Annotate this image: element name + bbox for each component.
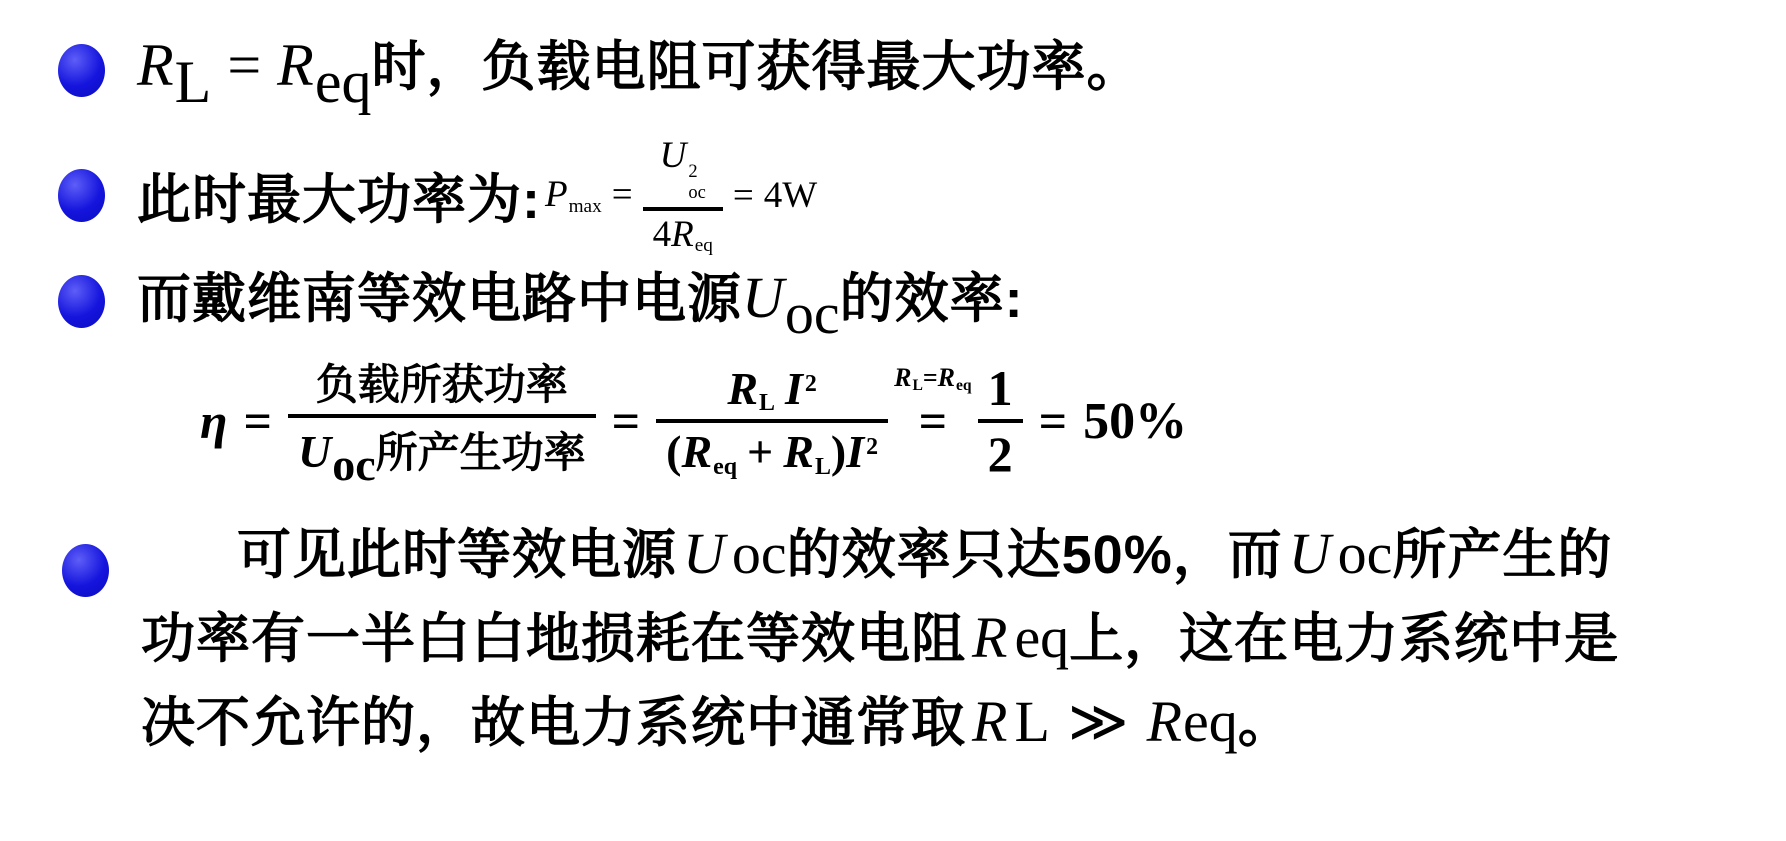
var-RL: R <box>894 363 911 392</box>
line1-text-2: 的效率只达50%，而 <box>787 512 1283 589</box>
var-eta: η <box>200 393 227 449</box>
sub-oc: oc <box>688 183 705 204</box>
pmax-term: Pmax= <box>545 173 643 217</box>
var-RL: R <box>972 688 1007 755</box>
bullet-icon <box>58 44 105 97</box>
power-ratio-fraction: 负载所获功率 Uoc所产生功率 <box>288 350 596 493</box>
eta-term: η= <box>200 392 288 450</box>
sub-eq: eq <box>713 454 737 480</box>
one-half-fraction: 1 2 <box>978 357 1023 485</box>
sub-oc: oc <box>732 520 787 587</box>
fraction-numerator: 负载所获功率 <box>306 350 578 414</box>
equals-sign: = <box>733 175 754 216</box>
fraction-denominator: (Req+RL)I2 <box>656 419 888 483</box>
bullet-icon <box>62 544 109 597</box>
var-I: I <box>846 426 864 477</box>
sub-oc: oc <box>1338 520 1393 587</box>
line2-text-2: 上，这在电力系统中是 <box>1069 596 1619 673</box>
fraction-denominator: 4Req <box>643 207 723 259</box>
line3-text-1: 决不允许的，故电力系统中通常取 <box>141 680 966 757</box>
efficiency-formula: η= 负载所获功率 Uoc所产生功率 = RLI2 (Req+RL)I2 RL=… <box>200 350 1187 493</box>
sub-max: max <box>569 196 602 217</box>
bullet3-text-before: 而戴维南等效电路中电源 <box>137 269 742 329</box>
var-Req: R <box>681 426 712 477</box>
equals-sign: = <box>227 32 261 98</box>
bullet-item-max-power-value: 此时最大功率为: Pmax= U2oc 4Req =4W <box>58 132 817 259</box>
denominator-text: 所产生功率 <box>376 431 586 477</box>
var-RL: R <box>727 363 758 414</box>
var-Uoc: U <box>683 520 725 587</box>
result-50-percent: 50% <box>1083 393 1187 450</box>
sub-L: L <box>1014 688 1049 755</box>
paragraph-line-1: 可见此时等效电源Uoc的效率只达50%，而Uoc所产生的 <box>141 512 1619 596</box>
paren-close: ) <box>831 426 846 477</box>
line3-period: 。 <box>1238 680 1293 757</box>
conclusion-paragraph: 可见此时等效电源Uoc的效率只达50%，而Uoc所产生的 功率有一半白白地损耗在… <box>141 512 1619 764</box>
sub-L: L <box>912 377 922 394</box>
sup-2: 2 <box>866 434 878 460</box>
sub-eq: eq <box>1183 688 1238 755</box>
conditional-equals: RL=Req = <box>894 365 972 446</box>
var-Req: R <box>972 604 1007 671</box>
var-Req: R <box>277 32 314 98</box>
sub-L: L <box>815 454 831 480</box>
result-term: =50% <box>1023 392 1188 451</box>
fraction-numerator: U2oc <box>650 132 716 207</box>
equals-sign: = <box>612 392 641 450</box>
sub-eq: eq <box>1014 604 1069 671</box>
result-4W: 4W <box>764 175 817 216</box>
equals-sign: = <box>923 363 938 392</box>
bullet-item-conclusion: 可见此时等效电源Uoc的效率只达50%，而Uoc所产生的 功率有一半白白地损耗在… <box>62 512 1619 764</box>
sup-2: 2 <box>688 162 697 183</box>
fraction-numerator: RLI2 <box>717 360 827 420</box>
line1-text-1: 可见此时等效电源 <box>237 512 677 589</box>
var-R: R <box>671 214 694 255</box>
var-Uoc: U <box>742 265 784 330</box>
sub-oc: oc <box>785 281 840 346</box>
sub-eq: eq <box>315 49 372 115</box>
fraction-numerator: 1 <box>978 357 1023 419</box>
bullet2-label: 此时最大功率为: <box>137 157 541 234</box>
pmax-fraction: U2oc 4Req <box>643 132 723 259</box>
condition-label: RL=Req <box>894 365 972 394</box>
equals-sign: = <box>243 393 272 449</box>
plus-sign: + <box>747 426 773 477</box>
bullet-icon <box>58 169 105 222</box>
fraction-denominator: Uoc所产生功率 <box>288 414 596 493</box>
var-U: U <box>660 135 687 176</box>
var-P: P <box>545 174 568 215</box>
var-RL: R <box>783 426 814 477</box>
coef-4: 4 <box>653 214 672 255</box>
supsub-stack: 2oc <box>688 162 705 205</box>
sub-L: L <box>759 390 775 416</box>
paren-open: ( <box>666 426 681 477</box>
pmax-result: =4W <box>723 174 817 217</box>
var-I: I <box>785 363 803 414</box>
bullet-item-max-power-condition: RL=Req时，负载电阻可获得最大功率。 <box>58 24 1141 117</box>
slide: RL=Req时，负载电阻可获得最大功率。 此时最大功率为: Pmax= U2oc… <box>0 0 1786 841</box>
equals-sign: = <box>1039 393 1068 449</box>
much-greater-than-sign: ≫ <box>1068 687 1129 755</box>
equals-sign: = <box>612 174 633 215</box>
sup-2: 2 <box>805 371 817 397</box>
var-RL: R <box>137 32 174 98</box>
bullet3-text-after: 的效率: <box>840 269 1024 329</box>
var-Uoc: U <box>1289 520 1331 587</box>
var-U: U <box>298 426 331 477</box>
fraction-denominator: 2 <box>978 419 1023 485</box>
bullet3-line: 而戴维南等效电路中电源Uoc的效率: <box>137 256 1024 347</box>
line2-text-1: 功率有一半白白地损耗在等效电阻 <box>141 596 966 673</box>
sub-L: L <box>175 49 212 115</box>
paragraph-line-3: 决不允许的，故电力系统中通常取RL≫Req。 <box>141 680 1619 764</box>
bullet-item-efficiency-intro: 而戴维南等效电路中电源Uoc的效率: <box>58 256 1024 347</box>
equals-sign: = <box>919 396 948 446</box>
sub-eq: eq <box>956 377 972 394</box>
var-Req: R <box>938 363 955 392</box>
paragraph-line-2: 功率有一半白白地损耗在等效电阻Req上，这在电力系统中是 <box>141 596 1619 680</box>
line1-text-3: 所产生的 <box>1392 512 1612 589</box>
pmax-formula: Pmax= U2oc 4Req =4W <box>545 132 817 259</box>
resistance-fraction: RLI2 (Req+RL)I2 <box>656 360 888 483</box>
sub-eq: eq <box>695 235 713 256</box>
bullet-icon <box>58 275 105 328</box>
var-Req: R <box>1147 688 1182 755</box>
bullet1-text: 时，负载电阻可获得最大功率。 <box>371 37 1141 97</box>
sub-oc: oc <box>332 439 375 490</box>
bullet1-line: RL=Req时，负载电阻可获得最大功率。 <box>137 24 1141 117</box>
